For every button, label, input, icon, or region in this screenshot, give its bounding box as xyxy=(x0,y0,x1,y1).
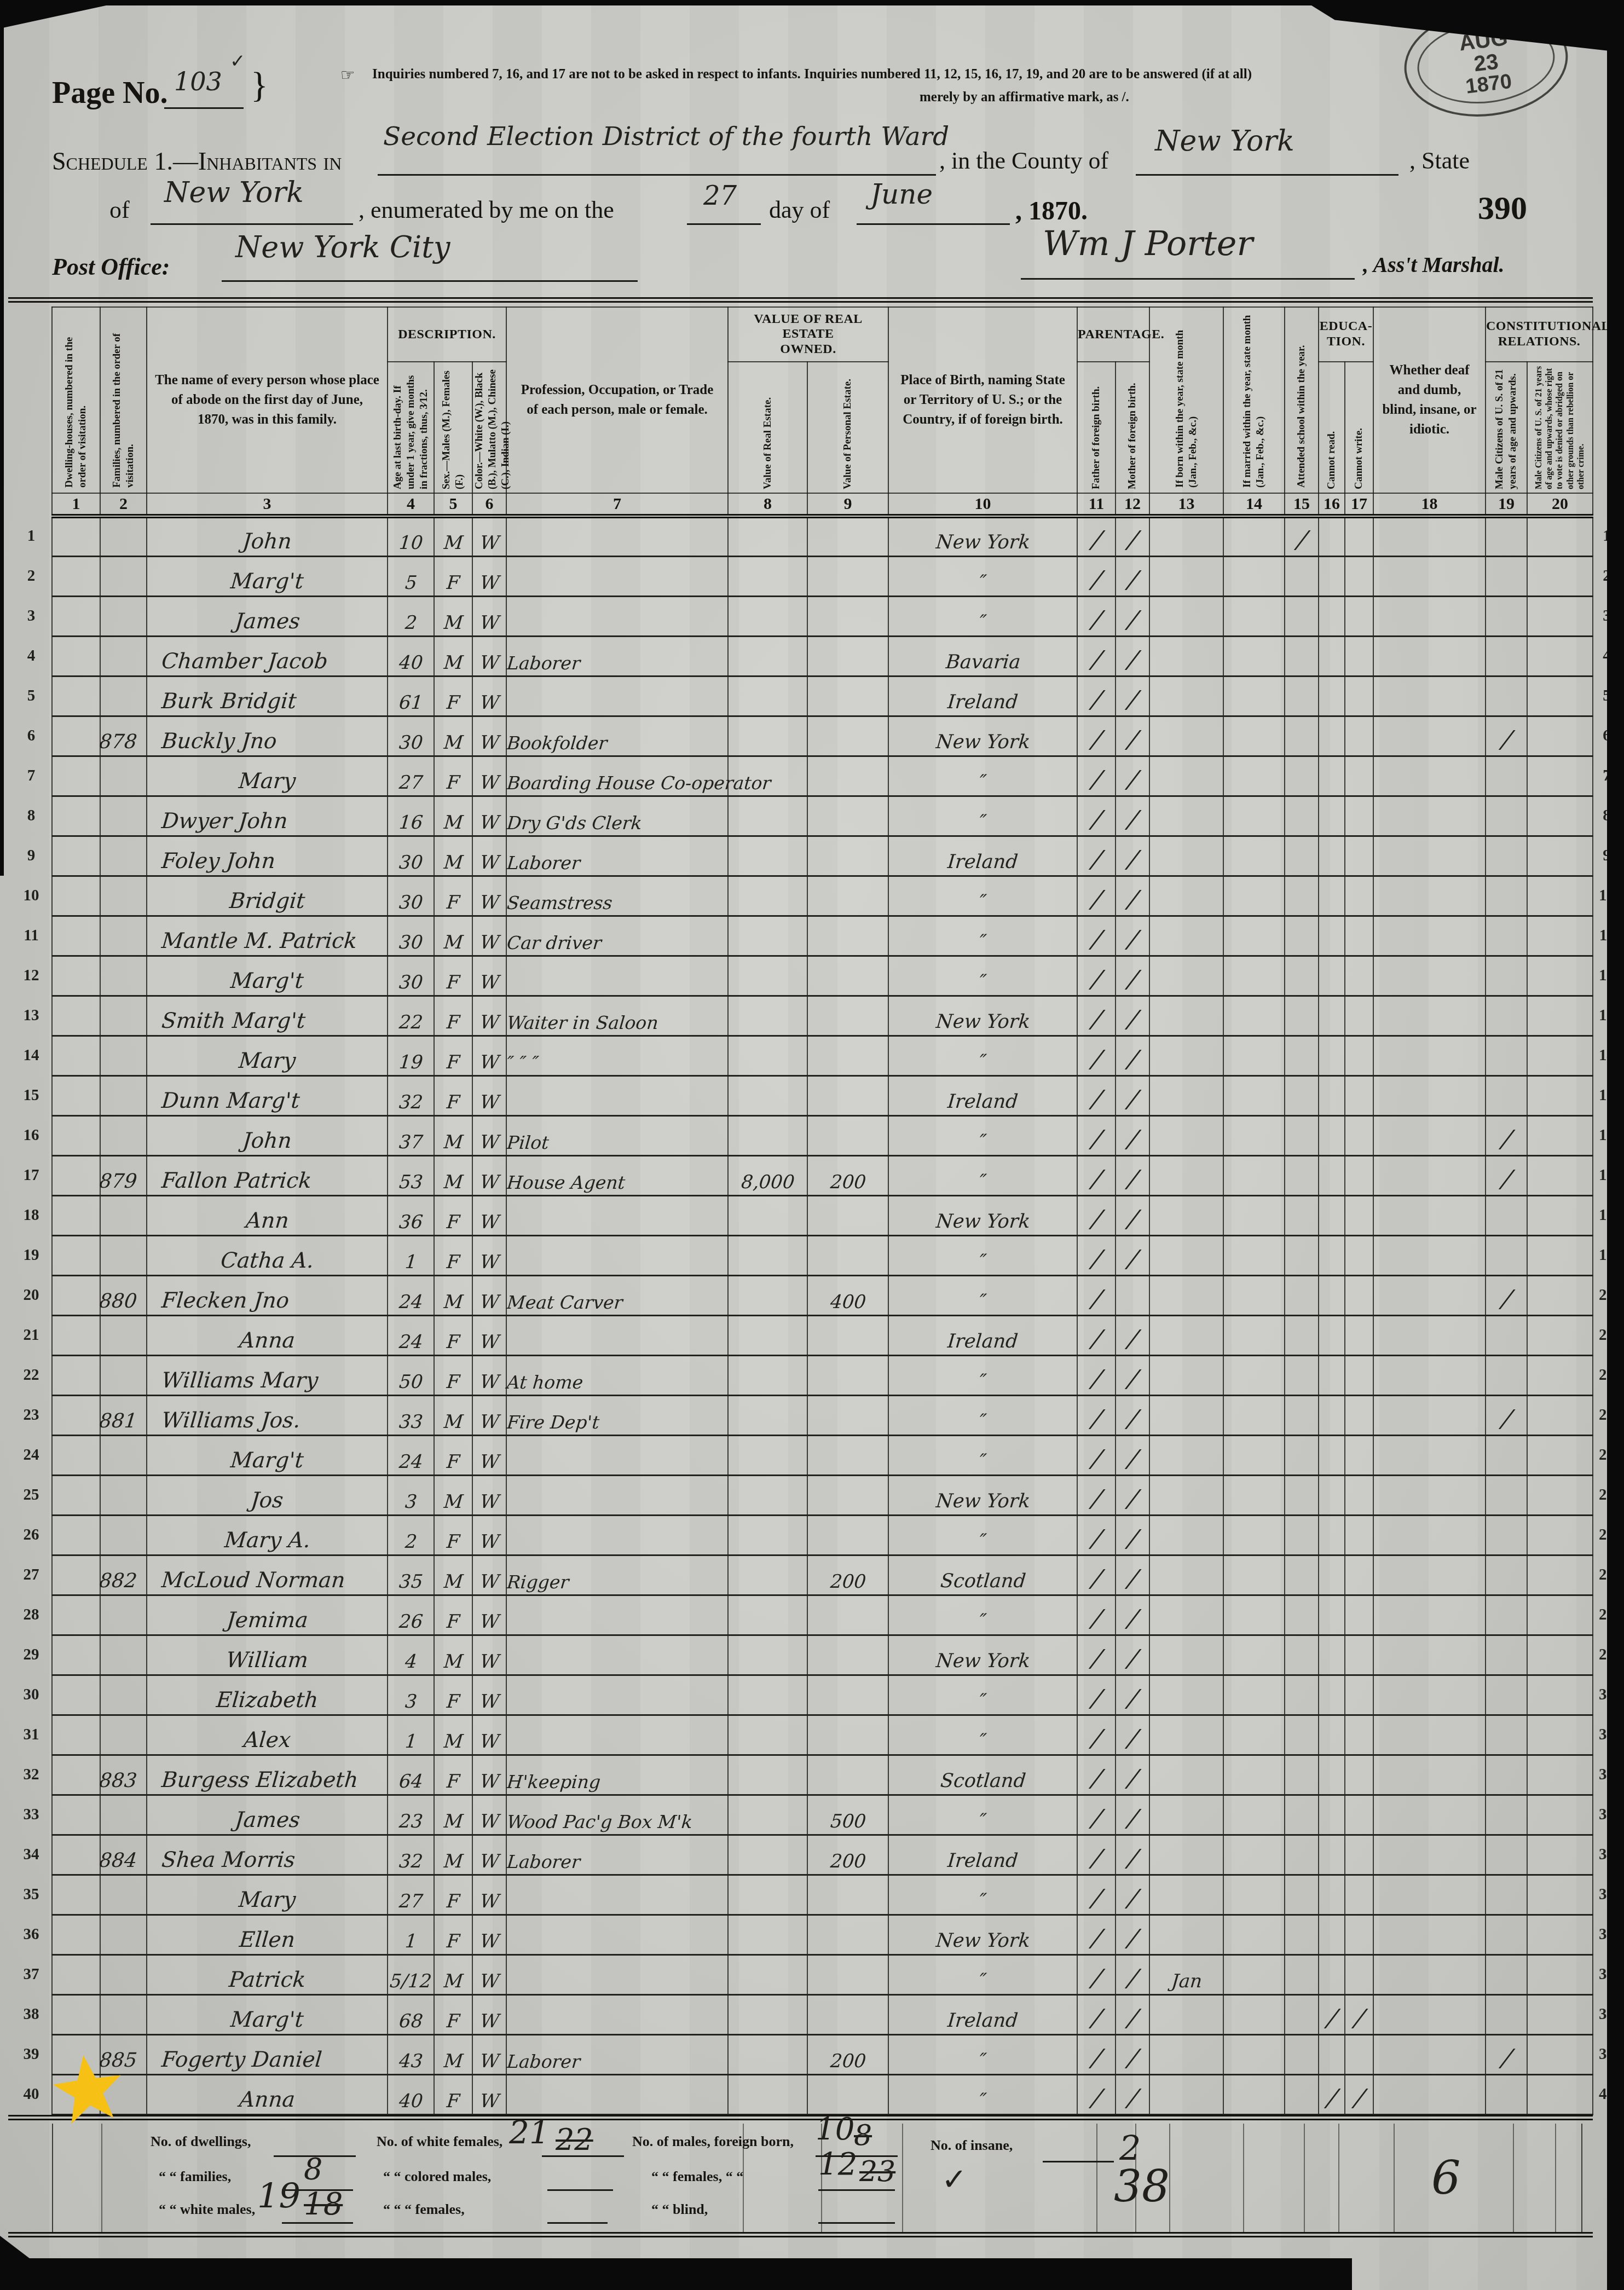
cell-wr xyxy=(1345,1875,1373,1915)
cell-wr xyxy=(1345,756,1373,796)
cell-name: Williams Jos. xyxy=(147,1395,388,1435)
handwritten-entry: James xyxy=(234,1809,301,1834)
handwritten-entry: 881 xyxy=(98,1412,138,1435)
cell-re xyxy=(728,1275,807,1315)
cell-col: W xyxy=(472,1795,506,1835)
cell-re xyxy=(728,1115,807,1155)
cell-wr xyxy=(1345,1635,1373,1675)
cell-cit xyxy=(1486,1595,1527,1635)
cell-f: / xyxy=(1077,1195,1116,1235)
cell-born xyxy=(1149,1915,1223,1954)
handwritten-entry: / xyxy=(1125,2046,1140,2074)
handwritten-entry: / xyxy=(1089,1607,1103,1634)
cell-rd xyxy=(1319,1595,1345,1635)
cell-sex: M xyxy=(434,1115,472,1155)
handwritten-entry: ″ xyxy=(978,2051,987,2074)
cell-deaf xyxy=(1373,916,1486,956)
cell-wr xyxy=(1345,996,1373,1036)
line-number-left: 2 xyxy=(11,556,52,596)
handwritten-entry: Shea Morris xyxy=(160,1849,296,1874)
cell-den xyxy=(1527,916,1593,956)
cell-age: 33 xyxy=(388,1395,434,1435)
cell-re xyxy=(728,676,807,716)
handwritten-entry: M xyxy=(443,813,464,835)
cell-den xyxy=(1527,1435,1593,1475)
handwritten-entry: 32 xyxy=(398,1852,424,1874)
cell-wr xyxy=(1345,1195,1373,1235)
handwritten-entry: M xyxy=(443,1852,464,1874)
cell-cit xyxy=(1486,1235,1527,1275)
cell-sex: M xyxy=(434,596,472,636)
cell-mar xyxy=(1223,756,1285,796)
handwritten-entry: W xyxy=(479,853,500,875)
cell-birth: Ireland xyxy=(888,1994,1077,2034)
line-number-left: 26 xyxy=(11,1515,52,1555)
cell-den xyxy=(1527,996,1593,1036)
col-header-mother-foreign: Mother of foreign birth. xyxy=(1116,362,1149,493)
cell-cit xyxy=(1486,916,1527,956)
cell-pe: 500 xyxy=(807,1795,888,1835)
cell-mar xyxy=(1223,1515,1285,1555)
line-number-left: 34 xyxy=(11,1835,52,1875)
handwritten-entry: / xyxy=(1125,768,1140,795)
page-no-underline xyxy=(164,107,244,109)
cell-mar xyxy=(1223,1755,1285,1795)
cell-den xyxy=(1527,1954,1593,1994)
handwritten-entry: 2 xyxy=(404,614,418,635)
cell-birth: Scotland xyxy=(888,1555,1077,1595)
table-row: 24Marg't24FW″//24 xyxy=(11,1435,1620,1475)
handwritten-entry: W xyxy=(479,1013,500,1035)
handwritten-entry: / xyxy=(1125,1487,1140,1514)
handwritten-entry: 61 xyxy=(398,693,424,715)
cell-birth: New York xyxy=(888,1475,1077,1515)
cell-f: / xyxy=(1077,516,1116,556)
cell-cit xyxy=(1486,1355,1527,1395)
cell-occ: Laborer xyxy=(506,2034,728,2074)
cell-occ: At home xyxy=(506,1355,728,1395)
manicule-icon: ☞ xyxy=(340,66,355,85)
cell-pe xyxy=(807,956,888,996)
cell-sex: M xyxy=(434,796,472,836)
cell-den xyxy=(1527,1795,1593,1835)
cell-col: W xyxy=(472,996,506,1036)
handwritten-entry: Flecken Jno xyxy=(160,1290,290,1315)
cell-birth: ″ xyxy=(888,1795,1077,1835)
cell-den xyxy=(1527,1595,1593,1635)
cell-cit xyxy=(1486,756,1527,796)
marshal-signature: Wm J Porter xyxy=(1043,223,1253,263)
handwritten-entry: F xyxy=(446,1772,460,1794)
cell-f: / xyxy=(1077,1994,1116,2034)
table-row: 6878Buckly Jno30MWBookfolderNew York///6 xyxy=(11,716,1620,756)
cell-deaf xyxy=(1373,956,1486,996)
handwritten-entry: Marg't xyxy=(229,1450,304,1474)
handwritten-entry: 37 xyxy=(398,1133,424,1155)
cell-occ: Car driver xyxy=(506,916,728,956)
cell-mar xyxy=(1223,1195,1285,1235)
cell-col: W xyxy=(472,636,506,676)
cell-name: Ann xyxy=(147,1195,388,1235)
cell-mar xyxy=(1223,956,1285,996)
handwritten-entry: W xyxy=(479,1612,500,1634)
cell-pe xyxy=(807,716,888,756)
handwritten-entry: / xyxy=(1125,1927,1140,1954)
cell-col: W xyxy=(472,1275,506,1315)
handwritten-entry: ″ xyxy=(978,1452,987,1474)
cell-deaf xyxy=(1373,636,1486,676)
cell-born xyxy=(1149,1435,1223,1475)
table-row: 39885Fogerty Daniel43MWLaborer200″///39 xyxy=(11,2034,1620,2074)
table-row: 18Ann36FWNew York//18 xyxy=(11,1195,1620,1235)
cell-deaf xyxy=(1373,2034,1486,2074)
cell-sex: F xyxy=(434,1915,472,1954)
cell-sch xyxy=(1285,916,1319,956)
cell-name: Shea Morris xyxy=(147,1835,388,1875)
cell-m: / xyxy=(1116,1715,1149,1755)
cell-sch xyxy=(1285,2074,1319,2114)
cell-rd xyxy=(1319,1795,1345,1835)
cell-fam: 878 xyxy=(100,716,147,756)
cell-f: / xyxy=(1077,1355,1116,1395)
cell-wr xyxy=(1345,596,1373,636)
cell-fam xyxy=(100,1675,147,1715)
cell-deaf xyxy=(1373,1075,1486,1115)
cell-rd xyxy=(1319,1275,1345,1315)
handwritten-entry: ″ xyxy=(978,773,987,795)
table-row: 31Alex1MW″//31 xyxy=(11,1715,1620,1755)
line-number-left: 21 xyxy=(11,1315,52,1355)
cell-m: / xyxy=(1116,556,1149,596)
cell-wr xyxy=(1345,556,1373,596)
line-number-left: 22 xyxy=(11,1355,52,1395)
cell-rd xyxy=(1319,1475,1345,1515)
cell-birth: ″ xyxy=(888,1235,1077,1275)
cell-deaf xyxy=(1373,1875,1486,1915)
handwritten-entry: Scotland xyxy=(939,1572,1026,1594)
cell-wr xyxy=(1345,1315,1373,1355)
cell-f: / xyxy=(1077,756,1116,796)
cell-pe: 200 xyxy=(807,2034,888,2074)
cell-sex: F xyxy=(434,1755,472,1795)
handwritten-entry: W xyxy=(479,1533,500,1554)
cell-re xyxy=(728,1315,807,1355)
cell-fam xyxy=(100,1595,147,1635)
cell-cit xyxy=(1486,996,1527,1036)
cell-fam xyxy=(100,1715,147,1755)
cell-rd xyxy=(1319,516,1345,556)
cell-wr: / xyxy=(1345,1994,1373,2034)
cell-sch xyxy=(1285,556,1319,596)
cell-age: 64 xyxy=(388,1755,434,1795)
cell-wr xyxy=(1345,796,1373,836)
handwritten-entry: M xyxy=(443,2052,464,2074)
cell-f: / xyxy=(1077,1715,1116,1755)
handwritten-entry: / xyxy=(1089,808,1103,835)
cell-wr xyxy=(1345,1275,1373,1315)
cell-sex: M xyxy=(434,836,472,876)
cell-sex: F xyxy=(434,1435,472,1475)
handwritten-entry: Meat Carver xyxy=(506,1293,623,1315)
post-office-handwritten: New York City xyxy=(235,230,450,264)
cell-fam xyxy=(100,756,147,796)
cell-col: W xyxy=(472,1195,506,1235)
cell-cit xyxy=(1486,1675,1527,1715)
cell-m: / xyxy=(1116,516,1149,556)
cell-birth: ″ xyxy=(888,916,1077,956)
cell-born xyxy=(1149,1075,1223,1115)
line-number-left: 38 xyxy=(11,1994,52,2034)
cell-rd: / xyxy=(1319,2074,1345,2114)
table-row: 15Dunn Marg't32FWIreland//15 xyxy=(11,1075,1620,1115)
line-number-left: 1 xyxy=(11,516,52,556)
cell-sch xyxy=(1285,1835,1319,1875)
cell-rd xyxy=(1319,876,1345,916)
cell-born xyxy=(1149,1675,1223,1715)
cell-col: W xyxy=(472,1515,506,1555)
line-number-left: 15 xyxy=(11,1075,52,1115)
scan-edge-bottom xyxy=(0,2258,1352,2290)
cell-pe xyxy=(807,1915,888,1954)
handwritten-entry: / xyxy=(1125,1567,1140,1594)
handwritten-entry: Alex xyxy=(242,1730,292,1754)
cell-dw xyxy=(52,556,100,596)
cell-occ xyxy=(506,676,728,716)
cell-sex: F xyxy=(434,1195,472,1235)
colnum-20: 20 xyxy=(1527,493,1593,516)
cell-age: 30 xyxy=(388,836,434,876)
col-header-birthplace: Place of Birth, naming State or Territor… xyxy=(888,307,1077,493)
cell-fam xyxy=(100,1915,147,1954)
cell-dw xyxy=(52,1675,100,1715)
line-number-left: 32 xyxy=(11,1755,52,1795)
handwritten-entry: / xyxy=(1125,1447,1140,1474)
cell-pe xyxy=(807,1195,888,1235)
handwritten-entry: F xyxy=(446,1453,460,1474)
cell-f: / xyxy=(1077,1395,1116,1435)
cell-birth: Bavaria xyxy=(888,636,1077,676)
table-row: 12Marg't30FW″//12 xyxy=(11,956,1620,996)
handwritten-entry: New York xyxy=(935,1212,1031,1235)
handwritten-entry: / xyxy=(1089,1487,1103,1514)
line-number-left: 33 xyxy=(11,1795,52,1835)
handwritten-entry: Foley John xyxy=(160,851,276,875)
cell-cit xyxy=(1486,1755,1527,1795)
cell-name: Elizabeth xyxy=(147,1675,388,1715)
month-underline xyxy=(857,223,1010,225)
cell-f: / xyxy=(1077,1155,1116,1195)
handwritten-entry: W xyxy=(479,1932,500,1954)
cell-sch xyxy=(1285,1355,1319,1395)
cell-age: 36 xyxy=(388,1195,434,1235)
cell-dw xyxy=(52,916,100,956)
cell-f: / xyxy=(1077,876,1116,916)
cell-sex: F xyxy=(434,2074,472,2114)
cell-age: 30 xyxy=(388,916,434,956)
cell-f: / xyxy=(1077,716,1116,756)
cell-pe xyxy=(807,836,888,876)
cell-cit xyxy=(1486,796,1527,836)
handwritten-entry: / xyxy=(1125,528,1140,556)
handwritten-entry: M xyxy=(443,1812,464,1834)
group-parentage: Parentage. xyxy=(1077,307,1149,362)
handwritten-entry: ″ xyxy=(978,1172,987,1195)
table-row: 10Bridgit30FWSeamstress″//10 xyxy=(11,876,1620,916)
footer-females-foreign-struck: 23 xyxy=(859,2155,895,2188)
colnum-12: 12 xyxy=(1116,493,1149,516)
cell-dw xyxy=(52,636,100,676)
cell-deaf xyxy=(1373,1795,1486,1835)
cell-birth: ″ xyxy=(888,1875,1077,1915)
cell-born xyxy=(1149,1195,1223,1235)
cell-age: 32 xyxy=(388,1835,434,1875)
cell-m: / xyxy=(1116,1235,1149,1275)
schedule-title: Schedule 1.—Inhabitants in xyxy=(52,147,342,176)
cell-name: Anna xyxy=(147,2074,388,2114)
cell-wr xyxy=(1345,1915,1373,1954)
cell-occ xyxy=(506,1595,728,1635)
cell-cit xyxy=(1486,1515,1527,1555)
cell-dw xyxy=(52,1875,100,1915)
handwritten-entry: / xyxy=(1125,928,1140,955)
cell-den xyxy=(1527,1994,1593,2034)
cell-birth: Scotland xyxy=(888,1755,1077,1795)
handwritten-entry: New York xyxy=(935,1013,1031,1035)
handwritten-entry: 5 xyxy=(404,574,418,595)
cell-f: / xyxy=(1077,2074,1116,2114)
colnum-2: 2 xyxy=(100,493,147,516)
handwritten-entry: W xyxy=(479,773,500,795)
cell-sex: M xyxy=(434,1155,472,1195)
cell-occ xyxy=(506,1994,728,2034)
handwritten-entry: 8,000 xyxy=(740,1173,795,1195)
cell-m: / xyxy=(1116,1515,1149,1555)
handwritten-entry: Ireland xyxy=(947,1092,1019,1115)
handwritten-entry: / xyxy=(1089,1567,1103,1594)
cell-name: James xyxy=(147,1795,388,1835)
handwritten-entry: H'keeping xyxy=(506,1773,601,1794)
handwritten-entry: W xyxy=(479,813,500,835)
cell-born xyxy=(1149,2074,1223,2114)
handwritten-entry: W xyxy=(479,1852,500,1874)
cell-deaf xyxy=(1373,1715,1486,1755)
cell-birth: ″ xyxy=(888,1355,1077,1395)
handwritten-entry: ″ xyxy=(978,1372,987,1395)
cell-age: 37 xyxy=(388,1115,434,1155)
cell-fam: 881 xyxy=(100,1395,147,1435)
col-header-attended-school: Attended school within the year. xyxy=(1285,307,1319,493)
page-no-checkmark: ✓ xyxy=(230,50,246,72)
cell-deaf xyxy=(1373,1275,1486,1315)
handwritten-entry: ″ xyxy=(978,1892,987,1914)
cell-name: Dunn Marg't xyxy=(147,1075,388,1115)
cell-sex: F xyxy=(434,996,472,1036)
cell-rd xyxy=(1319,1835,1345,1875)
cell-wr: / xyxy=(1345,2074,1373,2114)
cell-den xyxy=(1527,876,1593,916)
cell-mar xyxy=(1223,556,1285,596)
handwritten-entry: M xyxy=(443,534,464,556)
cell-deaf xyxy=(1373,1515,1486,1555)
handwritten-entry: / xyxy=(1125,1008,1140,1035)
handwritten-entry: 22 xyxy=(398,1013,424,1035)
month-handwritten: June xyxy=(870,178,933,210)
cell-name: Mary xyxy=(147,1875,388,1915)
cell-sex: M xyxy=(434,516,472,556)
cell-fam xyxy=(100,1515,147,1555)
cell-sex: F xyxy=(434,1595,472,1635)
cell-sch xyxy=(1285,716,1319,756)
cell-born xyxy=(1149,796,1223,836)
cell-re xyxy=(728,1755,807,1795)
handwritten-entry: W xyxy=(479,1413,500,1435)
cell-deaf xyxy=(1373,1835,1486,1875)
cell-sex: M xyxy=(434,916,472,956)
cell-age: 2 xyxy=(388,1515,434,1555)
handwritten-entry: M xyxy=(443,1173,464,1195)
cell-age: 30 xyxy=(388,956,434,996)
cell-born xyxy=(1149,1515,1223,1555)
cell-name: Buckly Jno xyxy=(147,716,388,756)
cell-fam: 882 xyxy=(100,1555,147,1595)
line-number-left: 4 xyxy=(11,636,52,676)
footer-white-males-label: “ “ white males, xyxy=(159,2201,255,2218)
handwritten-entry: Mary xyxy=(238,771,297,795)
handwritten-entry: W xyxy=(479,933,500,955)
cell-sch xyxy=(1285,676,1319,716)
handwritten-entry: New York xyxy=(935,1492,1031,1514)
cell-name: Catha A. xyxy=(147,1235,388,1275)
cell-rd xyxy=(1319,996,1345,1036)
cell-fam: 883 xyxy=(100,1755,147,1795)
handwritten-entry: / xyxy=(1125,688,1140,715)
cell-age: 23 xyxy=(388,1795,434,1835)
table-row: 40Anna40FW″////40 xyxy=(11,2074,1620,2114)
cell-pe xyxy=(807,1715,888,1755)
cell-occ: Waiter in Saloon xyxy=(506,996,728,1036)
cell-rd xyxy=(1319,1195,1345,1235)
handwritten-entry: / xyxy=(1125,968,1140,995)
handwritten-entry: W xyxy=(479,1572,500,1594)
handwritten-entry: / xyxy=(1089,848,1103,875)
cell-den xyxy=(1527,1155,1593,1195)
group-education: Educa- tion. xyxy=(1319,307,1373,362)
handwritten-entry: F xyxy=(446,1692,460,1714)
cell-fam: 884 xyxy=(100,1835,147,1875)
line-number-left: 11 xyxy=(11,916,52,956)
cell-m: / xyxy=(1116,1435,1149,1475)
handwritten-entry: Car driver xyxy=(506,934,602,955)
line-number-left: 31 xyxy=(11,1715,52,1755)
cell-col: W xyxy=(472,1954,506,1994)
line-number-left: 23 xyxy=(11,1395,52,1435)
handwritten-entry: 200 xyxy=(829,1572,866,1594)
handwritten-entry: 36 xyxy=(398,1213,424,1235)
cell-fam xyxy=(100,1954,147,1994)
cell-sex: M xyxy=(434,1715,472,1755)
handwritten-entry: W xyxy=(479,1333,500,1355)
footer-males-foreign-value: 10 xyxy=(816,2112,854,2147)
cell-m: / xyxy=(1116,1795,1149,1835)
cell-rd xyxy=(1319,1875,1345,1915)
cell-re xyxy=(728,836,807,876)
line-number-left: 10 xyxy=(11,876,52,916)
cell-deaf xyxy=(1373,1115,1486,1155)
cell-fam xyxy=(100,1435,147,1475)
cell-sex: F xyxy=(434,756,472,796)
cell-sex: F xyxy=(434,556,472,596)
handwritten-entry: / xyxy=(1125,1767,1140,1794)
